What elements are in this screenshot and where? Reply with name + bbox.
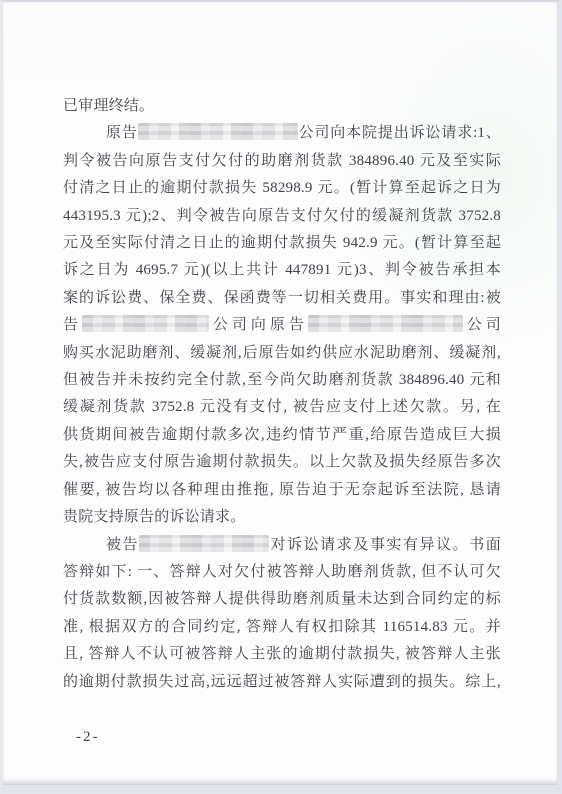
- text-line: 告公司向原告公司: [63, 312, 501, 339]
- text-line: 催要, 被告均以各种理由推拖, 原告迫于无奈起诉至法院, 恳请: [63, 477, 501, 504]
- redaction-blur: [82, 315, 209, 332]
- document-text: 已审理终结。 原告公司向本院提出诉讼请求:1、 判令被告向原告支付欠付的助磨剂货…: [63, 93, 501, 751]
- text-line: 贵院支持原告的诉讼请求。: [63, 504, 501, 531]
- text-line: 准, 根据双方的合同约定, 答辩人有权扣除其 116514.83 元。并: [63, 614, 501, 641]
- text-line: 失,被告应支付原告逾期付款损失。以上欠款及损失经原告多次: [63, 449, 501, 476]
- text-line: 且, 答辩人不认可被答辩人主张的逾期付款损失, 被答辩人主张: [63, 641, 501, 668]
- text-segment: 被告: [106, 537, 139, 553]
- text-line: 已审理终结。: [63, 93, 501, 120]
- document-page: 已审理终结。 原告公司向本院提出诉讼请求:1、 判令被告向原告支付欠付的助磨剂货…: [0, 0, 562, 794]
- redaction-blur: [308, 315, 463, 332]
- text-line: 购买水泥助磨剂、缓凝剂,后原告如约供应水泥助磨剂、缓凝剂,: [63, 340, 501, 367]
- text-line: 元及至实际付清之日止的逾期付款损失 942.9 元。(暂计算至起: [63, 230, 501, 257]
- text-line: 付货款数额,因被答辩人提供得助磨剂质量未达到合同约定的标: [63, 586, 501, 613]
- text-line: 但被告并未按约完全付款,至今尚欠助磨剂货款 384896.40 元和: [63, 367, 501, 394]
- text-line: 被告对诉讼请求及事实有异议。书面: [63, 532, 501, 559]
- text-line: 原告公司向本院提出诉讼请求:1、: [63, 120, 501, 147]
- text-line: 案的诉讼费、保全费、保函费等一切相关费用。事实和理由:被: [63, 285, 501, 312]
- text-line: 的逾期付款损失过高,远远超过被答辩人实际遭到的损失。综上,: [63, 669, 501, 696]
- text-line: 443195.3 元);2、判令被告向原告支付欠付的缓凝剂货款 3752.8: [63, 203, 501, 230]
- text-line: 答辩如下: 一、答辩人对欠付被答辩人助磨剂货款, 但不认可欠: [63, 559, 501, 586]
- text-line: 判令被告向原告支付欠付的助磨剂货款 384896.40 元及至实际: [63, 148, 501, 175]
- text-segment: 对诉讼请求及事实有异议。书面: [269, 537, 501, 553]
- text-line: 付清之日止的逾期付款损失 58298.9 元。(暂计算至起诉之日为: [63, 175, 501, 202]
- text-segment: 公司向本院提出诉讼请求:1、: [298, 125, 501, 141]
- text-segment: 公司: [463, 317, 501, 333]
- text-line: 供货期间被告逾期付款多次,违约情节严重,给原告造成巨大损: [63, 422, 501, 449]
- text-line: 缓凝剂货款 3752.8 元没有支付, 被告应支付上述欠款。另, 在: [63, 394, 501, 421]
- redaction-blur: [139, 535, 269, 552]
- redaction-blur: [138, 123, 298, 140]
- text-segment: 原告: [106, 125, 138, 141]
- text-line: 诉之日为 4695.7 元)(以上共计 447891 元)3、判令被告承担本: [63, 257, 501, 284]
- text-segment: 告: [63, 317, 82, 333]
- page-number: -2-: [63, 724, 501, 751]
- text-segment: 公司向原告: [209, 317, 308, 333]
